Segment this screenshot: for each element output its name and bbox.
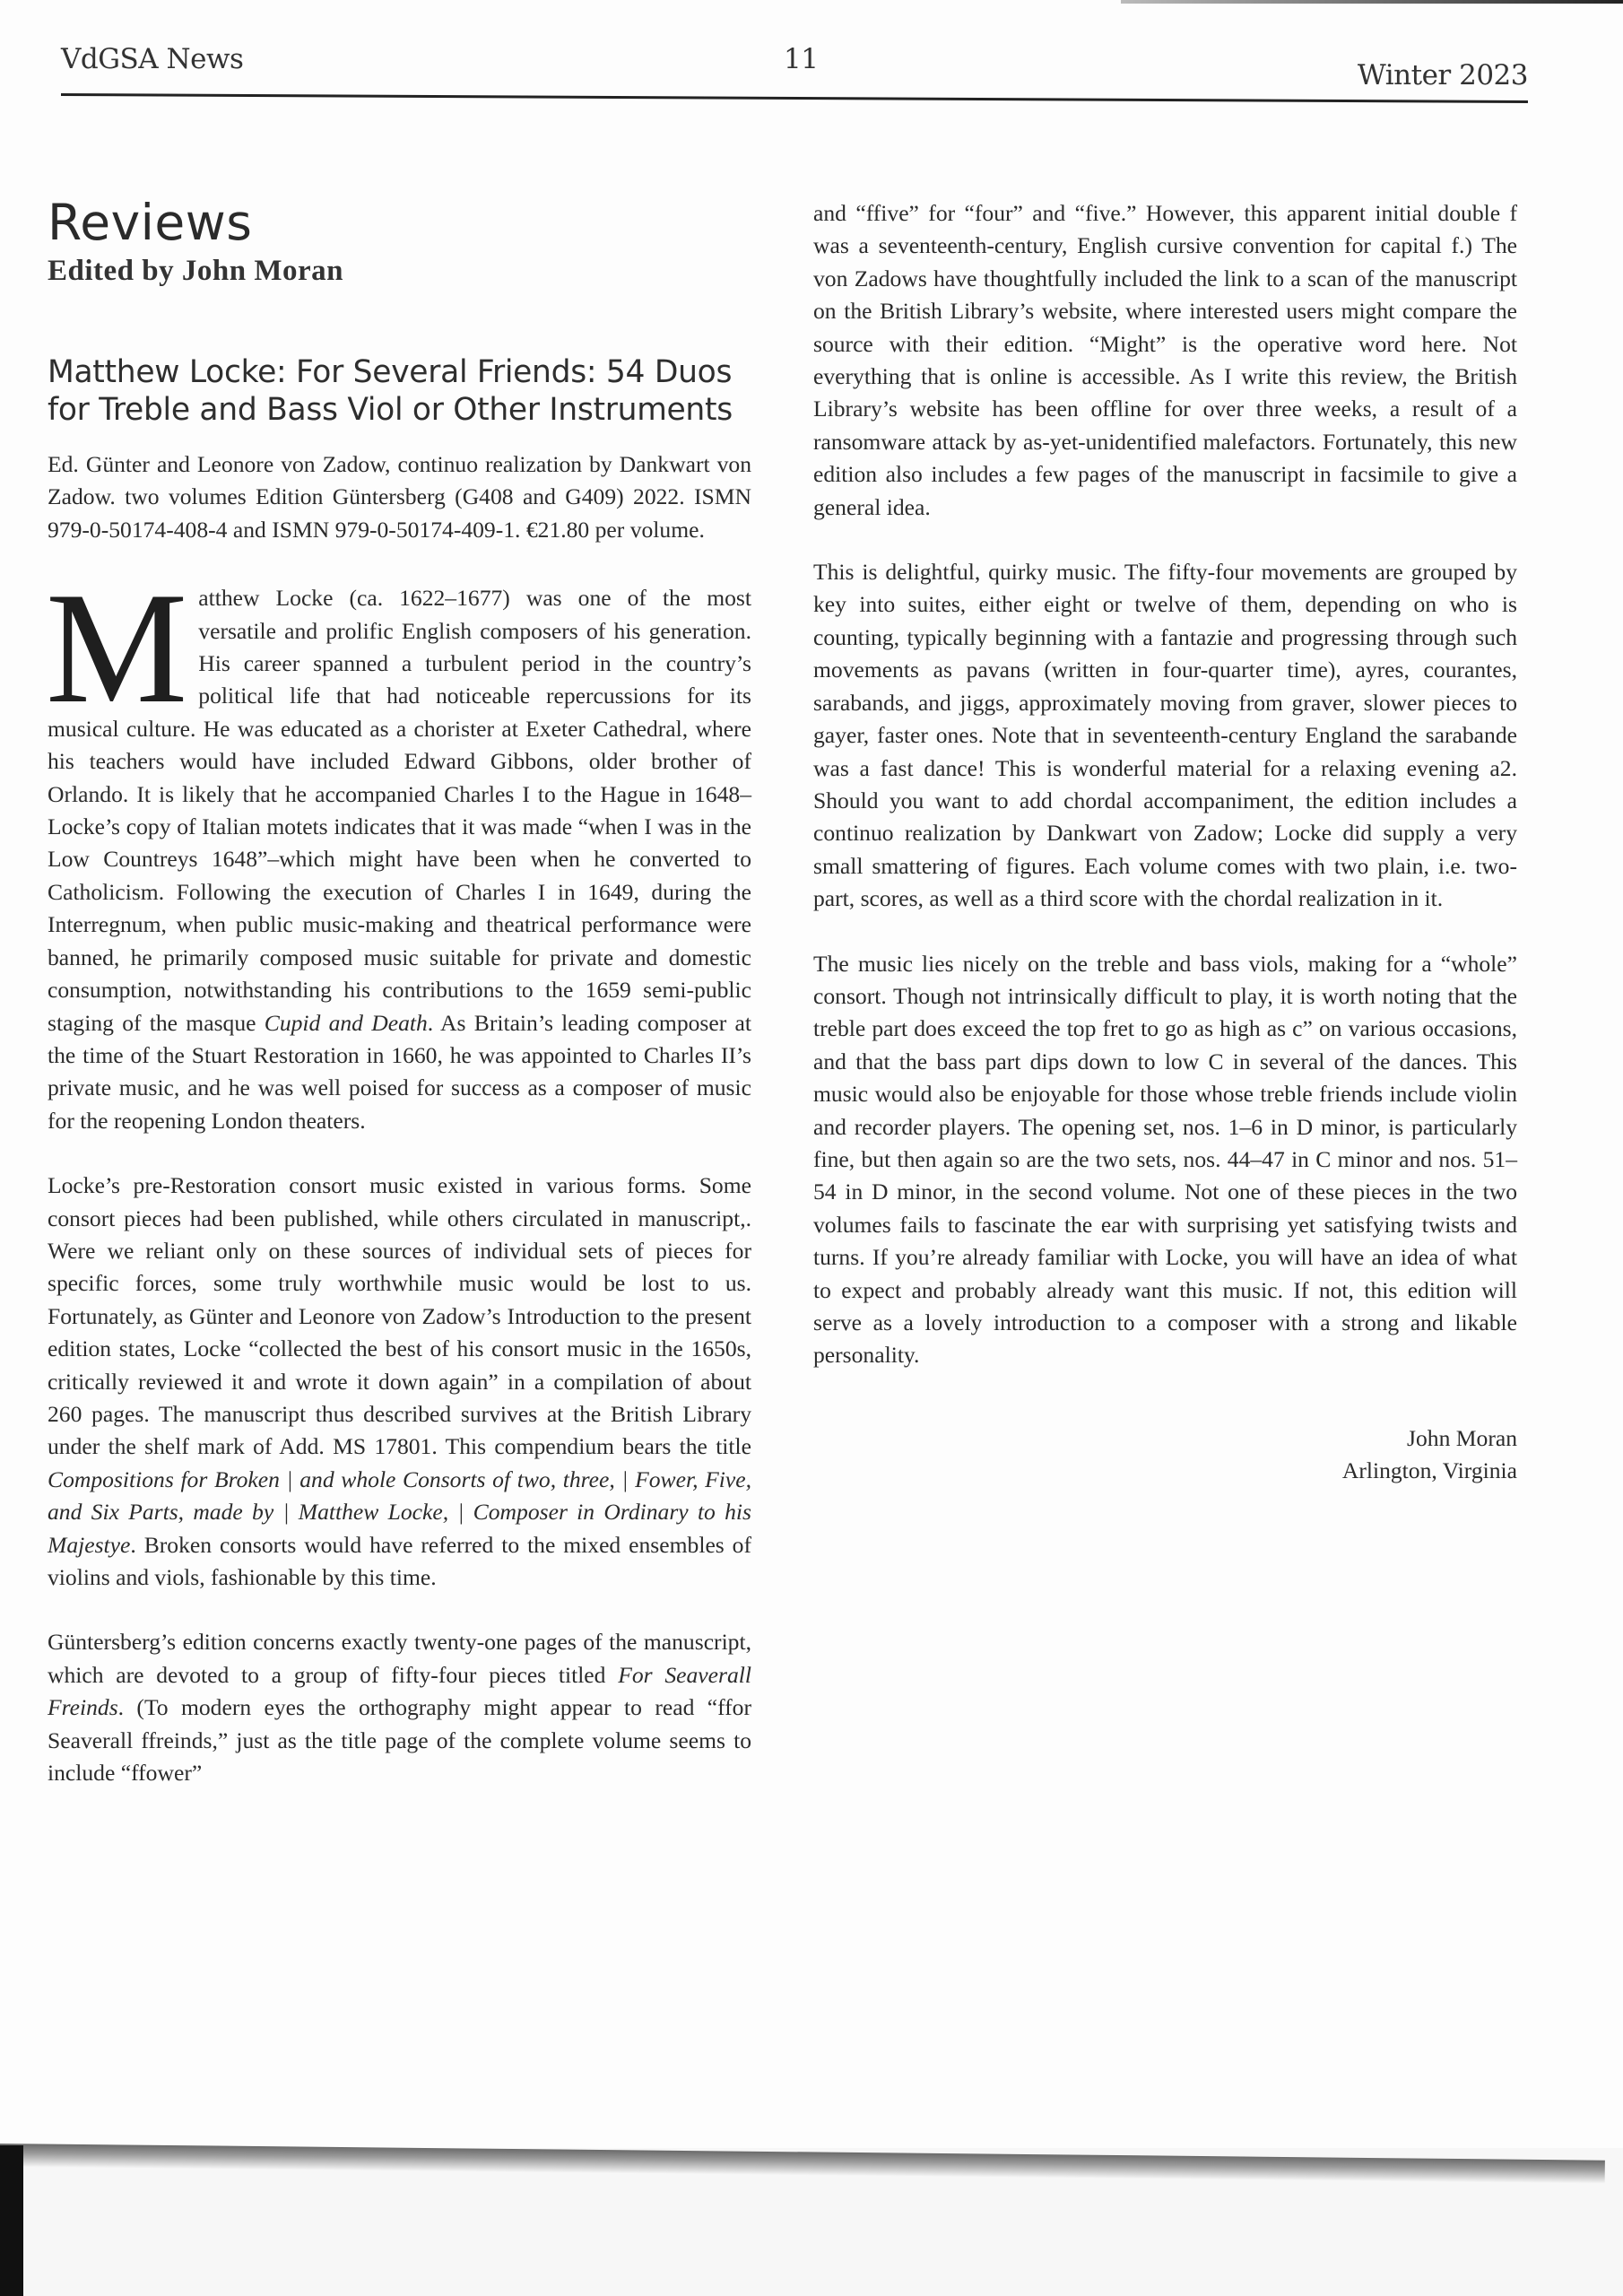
section-editor-line: Edited by John Moran xyxy=(48,251,751,291)
body-paragraph-2: Locke’s pre-Restoration consort music ex… xyxy=(48,1170,751,1594)
drop-cap: M xyxy=(46,587,187,708)
running-header: VdGSA News 11 Winter 2023 xyxy=(61,43,1528,97)
review-title: Matthew Locke: For Several Friends: 54 D… xyxy=(48,353,751,429)
scan-top-edge-shadow xyxy=(1121,0,1623,4)
reviewer-location: Arlington, Virginia xyxy=(813,1455,1517,1487)
bibliographic-info: Ed. Günter and Leonore von Zadow, contin… xyxy=(48,448,751,546)
left-column: Reviews Edited by John Moran Matthew Loc… xyxy=(48,188,751,1789)
right-column: and “ffive” for “four” and “five.” Howev… xyxy=(813,197,1517,1487)
scanner-edge-bar xyxy=(0,2145,23,2296)
publication-name: VdGSA News xyxy=(61,43,243,75)
body-paragraph-5: The music lies nicely on the treble and … xyxy=(813,948,1517,1372)
body-paragraph-3: Güntersberg’s edition concerns exactly t… xyxy=(48,1626,751,1789)
work-title: Cupid and Death xyxy=(265,1010,428,1036)
body-paragraph-3-continued: and “ffive” for “four” and “five.” Howev… xyxy=(813,197,1517,524)
issue-label: Winter 2023 xyxy=(1358,59,1528,91)
section-title: Reviews xyxy=(48,194,751,251)
body-paragraph-1: Matthew Locke (ca. 1622–1677) was one of… xyxy=(48,582,751,1137)
reviewer-name: John Moran xyxy=(813,1422,1517,1455)
page-number: 11 xyxy=(784,43,818,75)
body-paragraph-4: This is delightful, quirky music. The fi… xyxy=(813,556,1517,915)
review-signature: John Moran Arlington, Virginia xyxy=(813,1422,1517,1487)
